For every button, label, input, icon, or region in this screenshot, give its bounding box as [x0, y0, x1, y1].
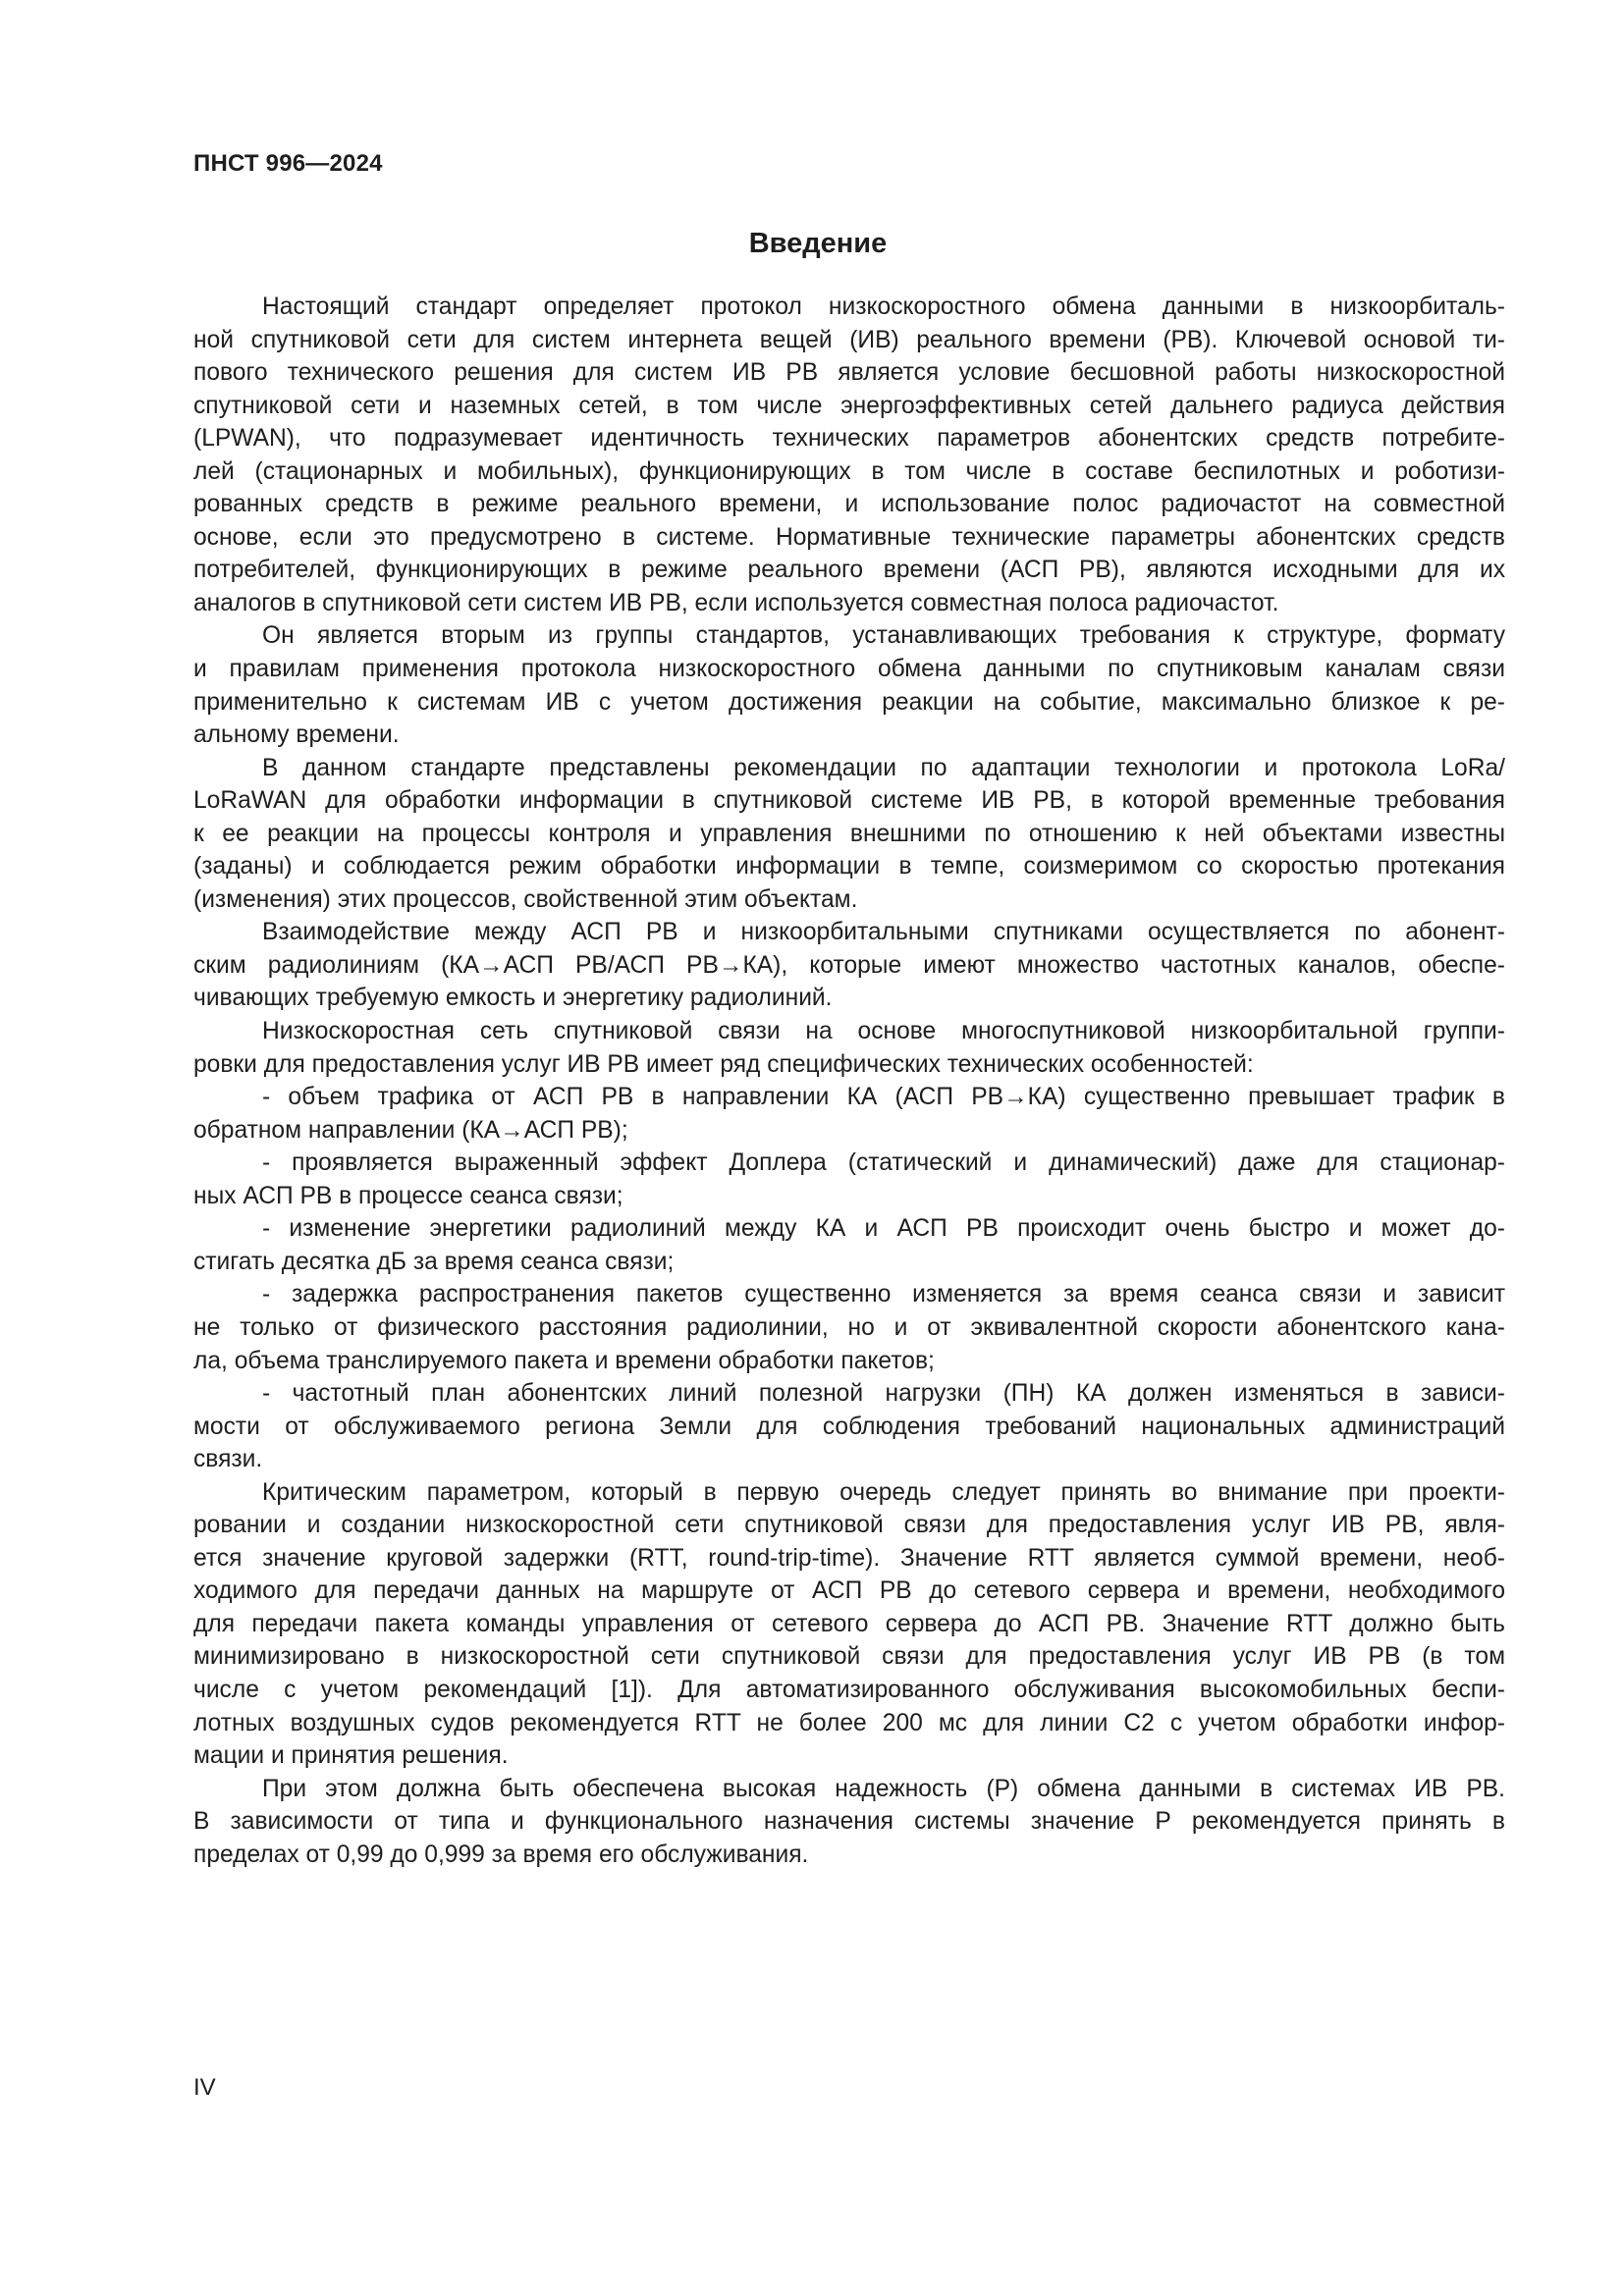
paragraph: - объем трафика от АСП РВ в направлении …	[193, 1081, 1505, 1147]
paragraph: Низкоскоростная сеть спутниковой связи н…	[193, 1015, 1505, 1081]
text-line: В зависимости от типа и функционального …	[193, 1805, 1505, 1839]
text-line: ется значение круговой задержки (RTT, ro…	[193, 1542, 1505, 1575]
text-line: мости от обслуживаемого региона Земли дл…	[193, 1411, 1505, 1444]
text-line: - частотный план абонентских линий полез…	[193, 1377, 1505, 1411]
text-line: ных АСП РВ в процессе сеанса связи;	[193, 1180, 1505, 1213]
text-line: ровки для предоставления услуг ИВ РВ име…	[193, 1048, 1505, 1082]
text-line: и правилам применения протокола низкоско…	[193, 653, 1505, 686]
text-line: к ее реакции на процессы контроля и упра…	[193, 818, 1505, 851]
text-line: для передачи пакета команды управления о…	[193, 1608, 1505, 1641]
text-line: В данном стандарте представлены рекоменд…	[193, 752, 1505, 785]
text-line: ходимого для передачи данных на маршруте…	[193, 1575, 1505, 1608]
text-line: (изменения) этих процессов, свойственной…	[193, 883, 1505, 917]
text-line: ла, объема транслируемого пакета и време…	[193, 1345, 1505, 1378]
text-line: ной спутниковой сети для систем интернет…	[193, 324, 1505, 357]
text-line: потребителей, функционирующих в режиме р…	[193, 554, 1505, 587]
text-line: лей (стационарных и мобильных), функцион…	[193, 455, 1505, 489]
paragraph: Настоящий стандарт определяет протокол н…	[193, 291, 1505, 619]
text-line: Низкоскоростная сеть спутниковой связи н…	[193, 1015, 1505, 1048]
paragraph: При этом должна быть обеспечена высокая …	[193, 1773, 1505, 1872]
text-line: стигать десятка дБ за время сеанса связи…	[193, 1246, 1505, 1279]
text-line: Он является вторым из группы стандартов,…	[193, 619, 1505, 653]
text-line: Настоящий стандарт определяет протокол н…	[193, 291, 1505, 324]
text-line: ским радиолиниям (КА→АСП РВ/АСП РВ→КА), …	[193, 949, 1505, 983]
text-line: связи.	[193, 1443, 1505, 1476]
text-line: числе с учетом рекомендаций [1]). Для ав…	[193, 1674, 1505, 1707]
text-line: - объем трафика от АСП РВ в направлении …	[193, 1081, 1505, 1114]
text-line: аналогов в спутниковой сети систем ИВ РВ…	[193, 587, 1505, 620]
page-number: IV	[193, 2074, 216, 2102]
text-line: обратном направлении (КА→АСП РВ);	[193, 1114, 1505, 1148]
paragraph: В данном стандарте представлены рекоменд…	[193, 752, 1505, 917]
text-line: альному времени.	[193, 719, 1505, 752]
paragraph: Взаимодействие между АСП РВ и низкоорбит…	[193, 916, 1505, 1015]
body-text: Настоящий стандарт определяет протокол н…	[193, 291, 1505, 1871]
text-line: - изменение энергетики радиолиний между …	[193, 1212, 1505, 1246]
paragraph: Он является вторым из группы стандартов,…	[193, 619, 1505, 751]
text-line: основе, если это предусмотрено в системе…	[193, 521, 1505, 555]
paragraph: Критическим параметром, который в первую…	[193, 1476, 1505, 1773]
text-line: LoRaWAN для обработки информации в спутн…	[193, 784, 1505, 818]
text-line: рованных средств в режиме реального врем…	[193, 488, 1505, 521]
text-line: - проявляется выраженный эффект Доплера …	[193, 1147, 1505, 1180]
text-line: ровании и создании низкоскоростной сети …	[193, 1509, 1505, 1542]
text-line: (заданы) и соблюдается режим обработки и…	[193, 850, 1505, 883]
section-title: Введение	[0, 228, 1624, 260]
text-line: (LPWAN), что подразумевает идентичность …	[193, 422, 1505, 455]
text-line: Взаимодействие между АСП РВ и низкоорбит…	[193, 916, 1505, 949]
text-line: Критическим параметром, который в первую…	[193, 1476, 1505, 1510]
text-line: мации и принятия решения.	[193, 1739, 1505, 1773]
paragraph: - задержка распространения пакетов сущес…	[193, 1278, 1505, 1377]
paragraph: - частотный план абонентских линий полез…	[193, 1377, 1505, 1476]
text-line: - задержка распространения пакетов сущес…	[193, 1278, 1505, 1311]
text-line: пового технического решения для систем И…	[193, 356, 1505, 390]
text-line: спутниковой сети и наземных сетей, в том…	[193, 390, 1505, 423]
text-line: применительно к системам ИВ с учетом дос…	[193, 686, 1505, 720]
text-line: При этом должна быть обеспечена высокая …	[193, 1773, 1505, 1806]
text-line: чивающих требуемую емкость и энергетику …	[193, 982, 1505, 1015]
paragraph: - изменение энергетики радиолиний между …	[193, 1212, 1505, 1278]
text-line: минимизировано в низкоскоростной сети сп…	[193, 1640, 1505, 1674]
paragraph: - проявляется выраженный эффект Доплера …	[193, 1147, 1505, 1212]
text-line: лотных воздушных судов рекомендуется RTT…	[193, 1707, 1505, 1740]
document-code: ПНСТ 996—2024	[193, 150, 383, 178]
text-line: не только от физического расстояния ради…	[193, 1311, 1505, 1345]
text-line: пределах от 0,99 до 0,999 за время его о…	[193, 1839, 1505, 1872]
